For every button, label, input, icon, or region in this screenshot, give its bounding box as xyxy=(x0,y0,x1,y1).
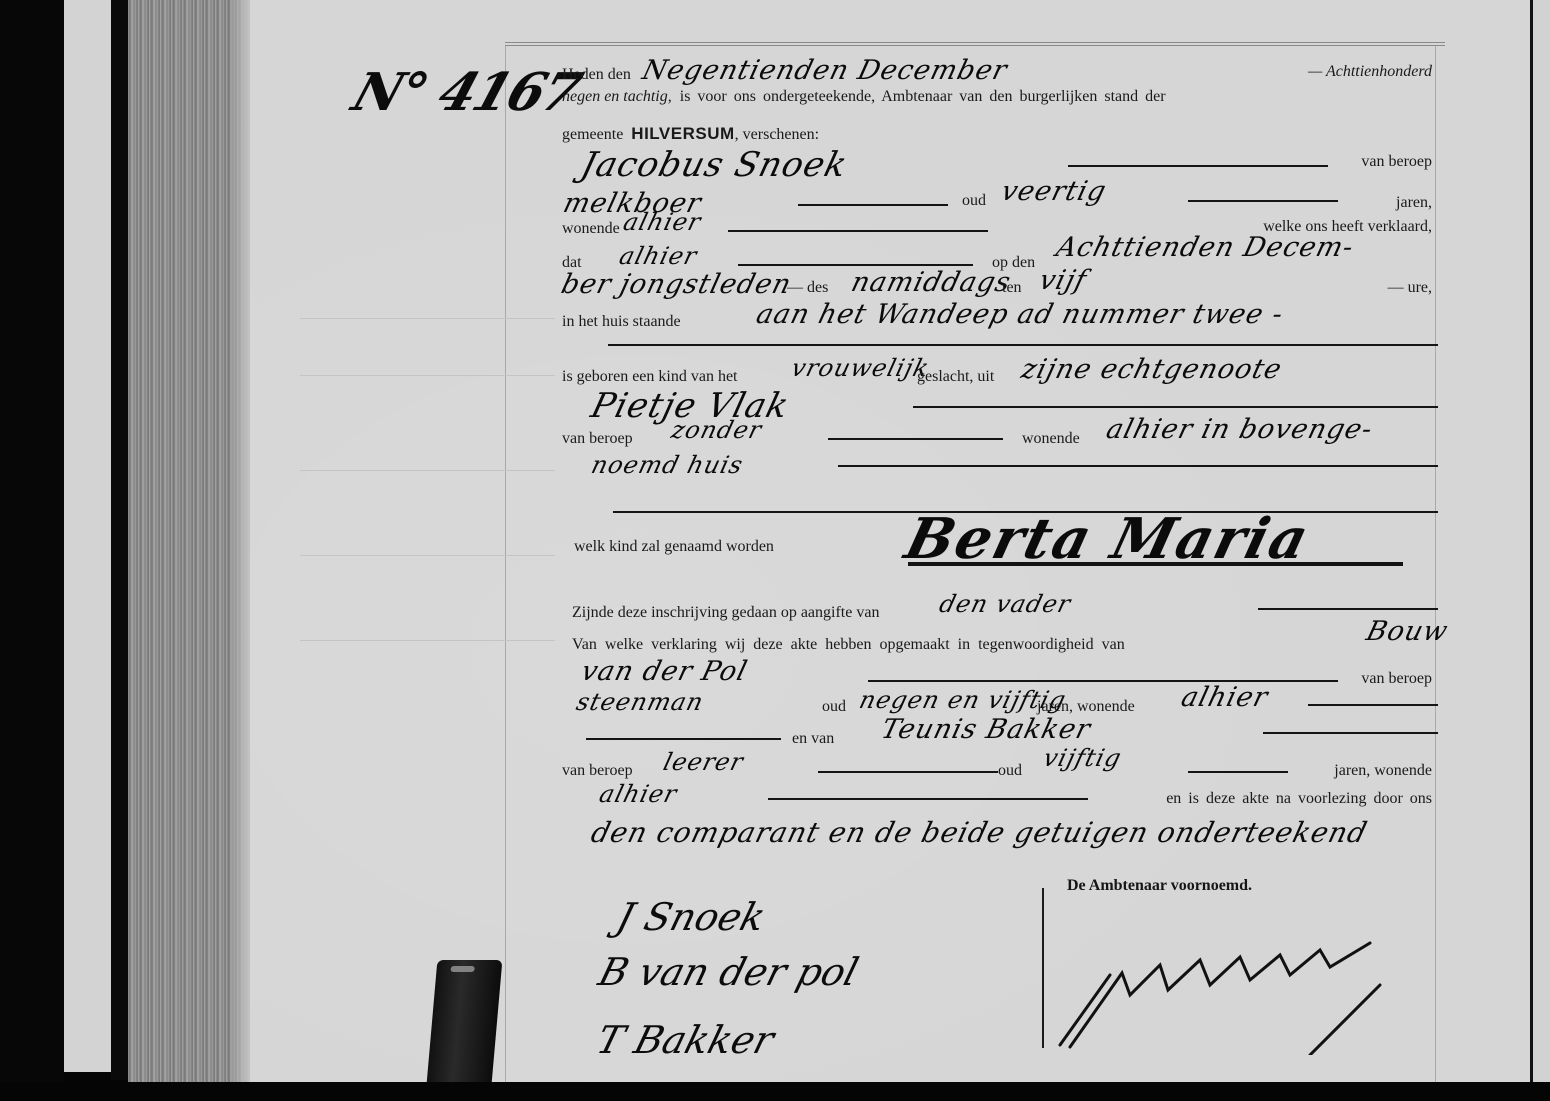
signature-declarant: J Snoek xyxy=(612,895,770,939)
header-line-1: Heden den Negentienden December — Achtti… xyxy=(562,55,1432,89)
en-van-label: en van xyxy=(792,730,834,748)
closing-handwritten-line: den comparant en de beide getuigen onder… xyxy=(562,826,1432,860)
blank-line xyxy=(1308,704,1438,706)
blank-line xyxy=(608,344,1438,346)
mother-relation: zijne echtgenoote xyxy=(1018,354,1285,385)
header-double-rule xyxy=(505,42,1445,46)
witness1-last-name: van der Pol xyxy=(578,656,751,687)
blank-line xyxy=(818,771,998,773)
margin-rule xyxy=(505,46,506,1083)
geslacht-label: geslacht, uit xyxy=(917,368,994,386)
van-beroep-label: van beroep xyxy=(562,430,633,448)
faint-margin-line xyxy=(300,470,555,471)
birth-date-part1: Achttienden Decem- xyxy=(1053,232,1357,263)
blank-line xyxy=(798,204,948,206)
time-of-day: namiddags xyxy=(848,267,1014,298)
signature-witness-1: B van der pol xyxy=(594,950,863,994)
year-prefix: — Achttienhonderd xyxy=(1308,63,1432,81)
child-sex: vrouwelijk xyxy=(789,354,933,382)
header-line-2: negen en tachtig, is voor ons ondergetee… xyxy=(562,88,1432,122)
mother-occupation-line: van beroep zonder wonende alhier in bove… xyxy=(562,420,1432,454)
jaren-label: jaren, xyxy=(1396,194,1432,212)
declarant-relation: den vader xyxy=(937,590,1075,618)
declarant-residence: alhier xyxy=(621,208,705,236)
heden-den-label: Heden den xyxy=(562,66,631,83)
blank-line xyxy=(838,465,1438,467)
blank-line xyxy=(768,798,1088,800)
signature-divider xyxy=(1042,888,1044,1048)
witness2-residence-line: alhier en is deze akte na voorlezing doo… xyxy=(562,782,1432,816)
registration-line-1: Zijnde deze inschrijving gedaan op aangi… xyxy=(562,598,1432,632)
municipality-name: HILVERSUM xyxy=(631,124,734,143)
blank-line xyxy=(738,264,973,266)
faint-margin-line xyxy=(300,555,555,556)
blank-line xyxy=(1258,608,1438,610)
huis-staande-label: in het huis staande xyxy=(562,313,681,331)
official-statement: is voor ons ondergeteekende, Ambtenaar v… xyxy=(680,88,1166,105)
witness1-first-name: Bouw xyxy=(1363,616,1451,647)
oud-label: oud xyxy=(822,698,846,716)
birth-hour: vijf xyxy=(1036,265,1090,296)
child-name-line: welk kind zal genaamd worden Berta Maria xyxy=(562,520,1432,580)
blank-line xyxy=(728,230,988,232)
ure-label: — ure, xyxy=(1388,279,1432,297)
witness1-occupation: steenman xyxy=(574,688,707,716)
gemeente-label: gemeente xyxy=(562,126,623,143)
mother-occupation: zonder xyxy=(669,416,766,444)
geboren-label: is geboren een kind van het xyxy=(562,368,738,386)
wonende-label: wonende xyxy=(1022,430,1080,448)
blank-line xyxy=(1188,771,1288,773)
right-margin-rule xyxy=(1435,46,1436,1083)
next-page-edge xyxy=(1530,0,1550,1083)
witness1-residence: alhier xyxy=(1178,682,1271,713)
genaamd-label: welk kind zal genaamd worden xyxy=(574,538,774,556)
faint-margin-line xyxy=(300,318,555,319)
date-handwritten: Negentienden December xyxy=(639,55,1011,86)
birth-place: alhier xyxy=(617,242,701,270)
blank-line xyxy=(828,438,1003,440)
scanner-background xyxy=(0,0,64,1101)
birth-address: aan het Wandeep ad nummer twee - xyxy=(753,299,1287,330)
jaren-wonende-label: jaren, wonende xyxy=(1334,762,1432,780)
declarant-age: veertig xyxy=(998,176,1110,207)
closing-text: en is deze akte na voorlezing door ons xyxy=(1166,790,1432,808)
van-beroep-label: van beroep xyxy=(1361,153,1432,171)
oud-label: oud xyxy=(962,192,986,210)
certificate-number: N° 4167 xyxy=(345,62,587,123)
van-beroep-label: van beroep xyxy=(1361,670,1432,688)
page-clip xyxy=(427,960,503,1084)
child-name-underline xyxy=(908,562,1403,566)
declarant-line: Jacobus Snoek van beroep xyxy=(562,145,1432,179)
book-page-edges xyxy=(128,0,250,1082)
book-cover-board xyxy=(64,0,111,1072)
closing-handwritten: den comparant en de beide getuigen onder… xyxy=(588,816,1371,849)
blank-line xyxy=(913,406,1438,408)
des-label: — des xyxy=(787,279,828,297)
mother-residence-cont: noemd huis xyxy=(589,451,747,479)
blank-line xyxy=(1068,165,1328,167)
wonende-label: wonende xyxy=(562,220,620,238)
faint-margin-line xyxy=(300,640,555,641)
declarant-name: Jacobus Snoek xyxy=(577,145,852,185)
mother-residence-cont-line: noemd huis xyxy=(562,455,1432,489)
signature-witness-2: T Bakker xyxy=(592,1018,779,1062)
aangifte-text: Zijnde deze inschrijving gedaan op aangi… xyxy=(572,604,879,622)
oud-label: oud xyxy=(998,762,1022,780)
van-beroep-label: van beroep xyxy=(562,762,633,780)
witness2-occupation: leerer xyxy=(661,748,747,776)
verschenen-label: , verschenen: xyxy=(735,126,819,143)
blank-line xyxy=(586,738,781,740)
birth-date-part2: ber jongstleden xyxy=(558,269,795,300)
faint-margin-line xyxy=(300,375,555,376)
witness2-name: Teunis Bakker xyxy=(878,714,1094,745)
blank-line xyxy=(1188,200,1338,202)
witness2-residence: alhier xyxy=(597,780,681,808)
blank-line xyxy=(1263,732,1438,734)
ten-label: ten xyxy=(1002,279,1022,297)
scanner-bottom-edge xyxy=(0,1082,1550,1101)
official-label: De Ambtenaar voornoemd. xyxy=(1067,877,1252,895)
mother-residence: alhier in bovenge- xyxy=(1103,414,1376,445)
tegenwoordigheid-text: Van welke verklaring wij deze akte hebbe… xyxy=(572,636,1125,654)
year-italic: negen en tachtig, xyxy=(562,88,672,105)
official-signature xyxy=(1050,935,1430,1055)
witness2-age: vijftig xyxy=(1041,744,1125,772)
address-line: in het huis staande aan het Wandeep ad n… xyxy=(562,305,1432,339)
